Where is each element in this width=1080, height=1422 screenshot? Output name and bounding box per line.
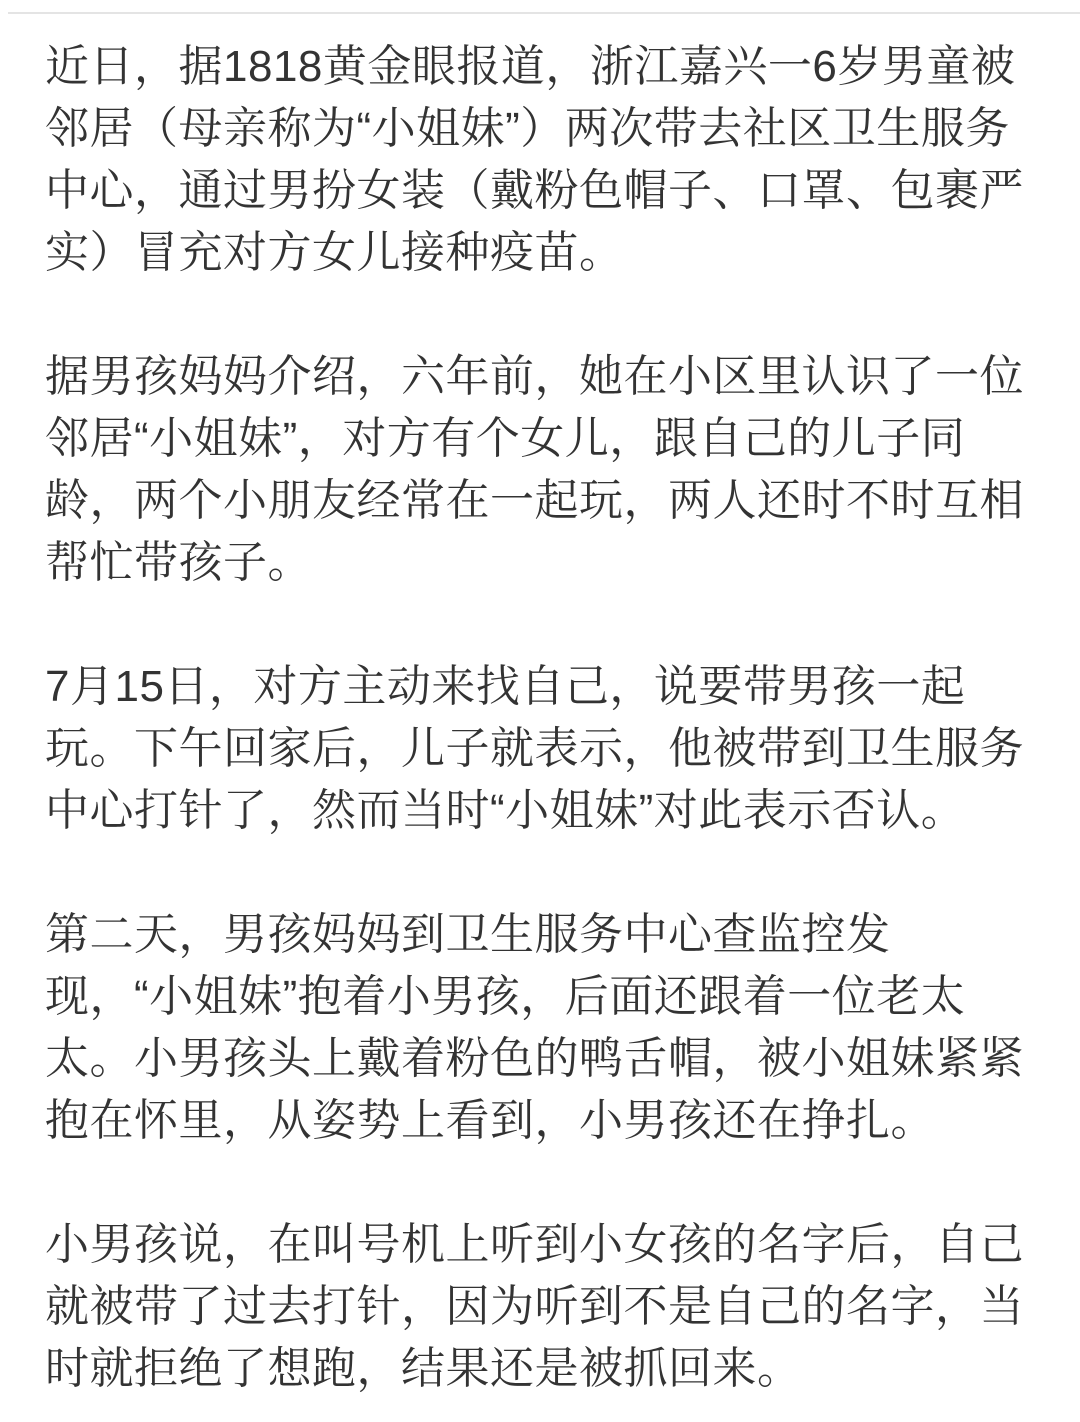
article-paragraph: 7月15日，对方主动来找自己，说要带男孩一起玩。下午回家后，儿子就表示，他被带到…	[45, 656, 1035, 842]
article-body: 近日，据1818黄金眼报道，浙江嘉兴一6岁男童被邻居（母亲称为“小姐妹”）两次带…	[0, 14, 1080, 1400]
article-paragraph: 近日，据1818黄金眼报道，浙江嘉兴一6岁男童被邻居（母亲称为“小姐妹”）两次带…	[45, 36, 1035, 284]
article-paragraph: 第二天，男孩妈妈到卫生服务中心查监控发现，“小姐妹”抱着小男孩，后面还跟着一位老…	[45, 904, 1035, 1152]
article-paragraph: 据男孩妈妈介绍，六年前，她在小区里认识了一位邻居“小姐妹”，对方有个女儿，跟自己…	[45, 346, 1035, 594]
article-paragraph: 小男孩说，在叫号机上听到小女孩的名字后，自己就被带了过去打针，因为听到不是自己的…	[45, 1214, 1035, 1400]
